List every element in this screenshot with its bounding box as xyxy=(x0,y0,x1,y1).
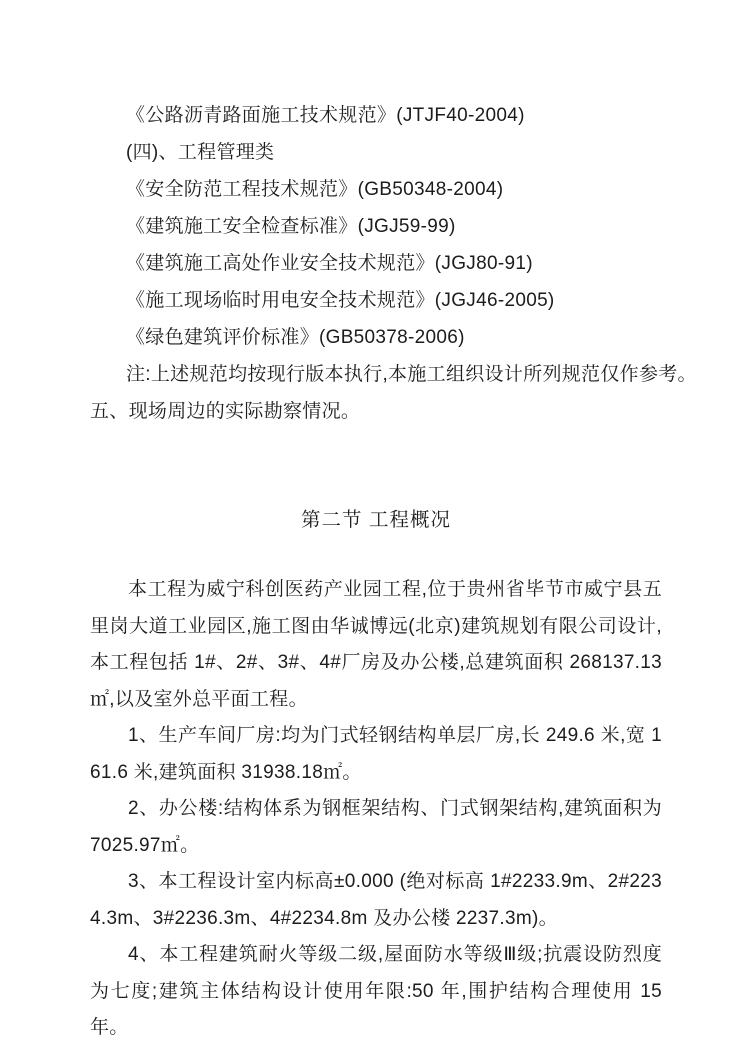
regulation-line: 《建筑施工安全检查标准》(JGJ59-99) xyxy=(90,208,662,245)
document-page: 《公路沥青路面施工技术规范》(JTJF40-2004) (四)、工程管理类 《安… xyxy=(0,0,744,1052)
regulation-category-heading: (四)、工程管理类 xyxy=(90,134,662,171)
paragraph-workshop: 1、生产车间厂房:均为门式轻钢结构单层厂房,长 249.6 米,宽 161.6 … xyxy=(90,718,662,791)
paragraph-project-intro: 本工程为威宁科创医药产业园工程,位于贵州省毕节市威宁县五里岗大道工业园区,施工图… xyxy=(90,572,662,718)
regulation-line: 《建筑施工高处作业安全技术规范》(JGJ80-91) xyxy=(90,245,662,282)
regulation-line: 《安全防范工程技术规范》(GB50348-2004) xyxy=(90,171,662,208)
paragraph-fire-seismic: 4、本工程建筑耐火等级二级,屋面防水等级Ⅲ级;抗震设防烈度为七度;建筑主体结构设… xyxy=(90,937,662,1047)
regulation-list: 《公路沥青路面施工技术规范》(JTJF40-2004) (四)、工程管理类 《安… xyxy=(90,97,662,430)
regulation-line: 《绿色建筑评价标准》(GB50378-2006) xyxy=(90,319,662,356)
project-overview-body: 本工程为威宁科创医药产业园工程,位于贵州省毕节市威宁县五里岗大道工业园区,施工图… xyxy=(90,572,662,1047)
list-item-heading-survey: 五、现场周边的实际勘察情况。 xyxy=(90,393,662,430)
regulation-note: 注:上述规范均按现行版本执行,本施工组织设计所列规范仅作参考。 xyxy=(90,356,662,393)
regulation-line: 《施工现场临时用电安全技术规范》(JGJ46-2005) xyxy=(90,282,662,319)
regulation-line: 《公路沥青路面施工技术规范》(JTJF40-2004) xyxy=(90,97,662,134)
paragraph-elevation: 3、本工程设计室内标高±0.000 (绝对标高 1#2233.9m、2#2234… xyxy=(90,864,662,937)
section-title: 第二节 工程概况 xyxy=(90,501,662,539)
paragraph-office-building: 2、办公楼:结构体系为钢框架结构、门式钢架结构,建筑面积为 7025.97㎡。 xyxy=(90,791,662,864)
